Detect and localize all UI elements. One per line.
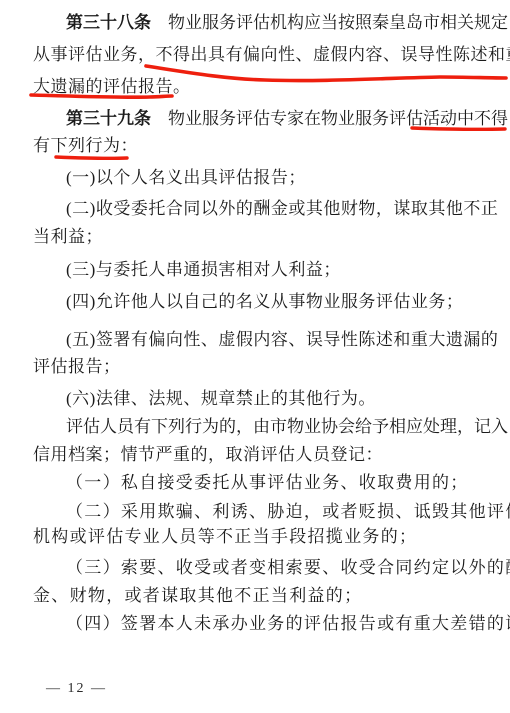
list-item: (二)收受委托合同以外的酬金或其他财物，谋取其他不正 [66, 199, 498, 219]
list-item: (一)以个人名义出具评估报告； [66, 168, 306, 188]
line-text: (二)收受委托合同以外的酬金或其他财物，谋取其他不正 [66, 199, 498, 218]
article-39-number: 第三十九条 [66, 109, 151, 128]
line-text: (五)签署有偏向性、虚假内容、误导性陈述和重大遗漏的 [66, 330, 498, 349]
line-text: (四)允许他人以自己的名义从事物业服务评估业务； [66, 292, 463, 311]
line-text: （一）私自接受委托从事评估业务、收取费用的； [66, 473, 469, 492]
line-text: （四）签署本人未承办业务的评估报告或有重大差错的评 [66, 614, 510, 633]
line-text: （二）采用欺骗、利诱、胁迫，或者贬损、诋毁其他评估 [66, 502, 510, 521]
line-text: 从事评估业务，不得出具有偏向性、虚假内容、误导性陈述和重 [33, 45, 510, 64]
document-page: 第三十八条 物业服务评估机构应当按照秦皇岛市相关规定 从事评估业务，不得出具有偏… [0, 0, 510, 713]
line-text: 评估人员有下列行为的，由市物业协会给予相应处理，记入 [66, 417, 508, 436]
line-text: 物业服务评估机构应当按照秦皇岛市相关规定 [151, 13, 508, 32]
line-text: 当利益； [33, 227, 103, 246]
text-line: 机构或评估专业人员等不正当手段招揽业务的； [33, 527, 417, 547]
list-item: （一）私自接受委托从事评估业务、收取费用的； [66, 473, 469, 493]
list-item: (三)与委托人串通损害相对人利益； [66, 260, 341, 280]
line-text: (三)与委托人串通损害相对人利益； [66, 260, 341, 279]
text-line: 有下列行为： [33, 136, 138, 156]
article-38-number: 第三十八条 [66, 13, 151, 32]
line-text: 有下列行为： [33, 136, 138, 155]
text-line: 评估人员有下列行为的，由市物业协会给予相应处理，记入 [66, 417, 508, 437]
list-item: （二）采用欺骗、利诱、胁迫，或者贬损、诋毁其他评估 [66, 502, 510, 522]
line-text: 评估报告； [33, 357, 121, 376]
page-number: — 12 — [46, 681, 107, 697]
text-line: 评估报告； [33, 357, 121, 377]
list-item: （四）签署本人未承办业务的评估报告或有重大差错的评 [66, 614, 510, 634]
text-line: 从事评估业务，不得出具有偏向性、虚假内容、误导性陈述和重 [33, 45, 510, 65]
list-item: (四)允许他人以自己的名义从事物业服务评估业务； [66, 292, 463, 312]
text-line: 金、财物，或者谋取其他不正当利益的； [33, 586, 362, 606]
text-line: 信用档案；情节严重的，取消评估人员登记： [33, 445, 383, 465]
line-text: 信用档案；情节严重的，取消评估人员登记： [33, 445, 383, 464]
line-text: 金、财物，或者谋取其他不正当利益的； [33, 586, 362, 605]
list-item: （三）索要、收受或者变相索要、收受合同约定以外的酬 [66, 558, 510, 578]
line-text: 机构或评估专业人员等不正当手段招揽业务的； [33, 527, 417, 546]
list-item: (五)签署有偏向性、虚假内容、误导性陈述和重大遗漏的 [66, 330, 498, 350]
line-text: (六)法律、法规、规章禁止的其他行为。 [66, 389, 376, 408]
line-text: （三）索要、收受或者变相索要、收受合同约定以外的酬 [66, 558, 510, 577]
text-line: 第三十八条 物业服务评估机构应当按照秦皇岛市相关规定 [66, 13, 508, 33]
text-line: 第三十九条 物业服务评估专家在物业服务评估活动中不得 [66, 109, 508, 129]
list-item: (六)法律、法规、规章禁止的其他行为。 [66, 389, 376, 409]
red-underline-phrase-1 [146, 66, 506, 81]
line-text: 物业服务评估专家在物业服务评估活动中不得 [151, 109, 508, 128]
line-text: (一)以个人名义出具评估报告； [66, 168, 306, 187]
text-line: 大遗漏的评估报告。 [33, 77, 191, 97]
text-line: 当利益； [33, 227, 103, 247]
line-text: 大遗漏的评估报告。 [33, 77, 191, 96]
red-underline-phrase-4 [56, 157, 127, 158]
